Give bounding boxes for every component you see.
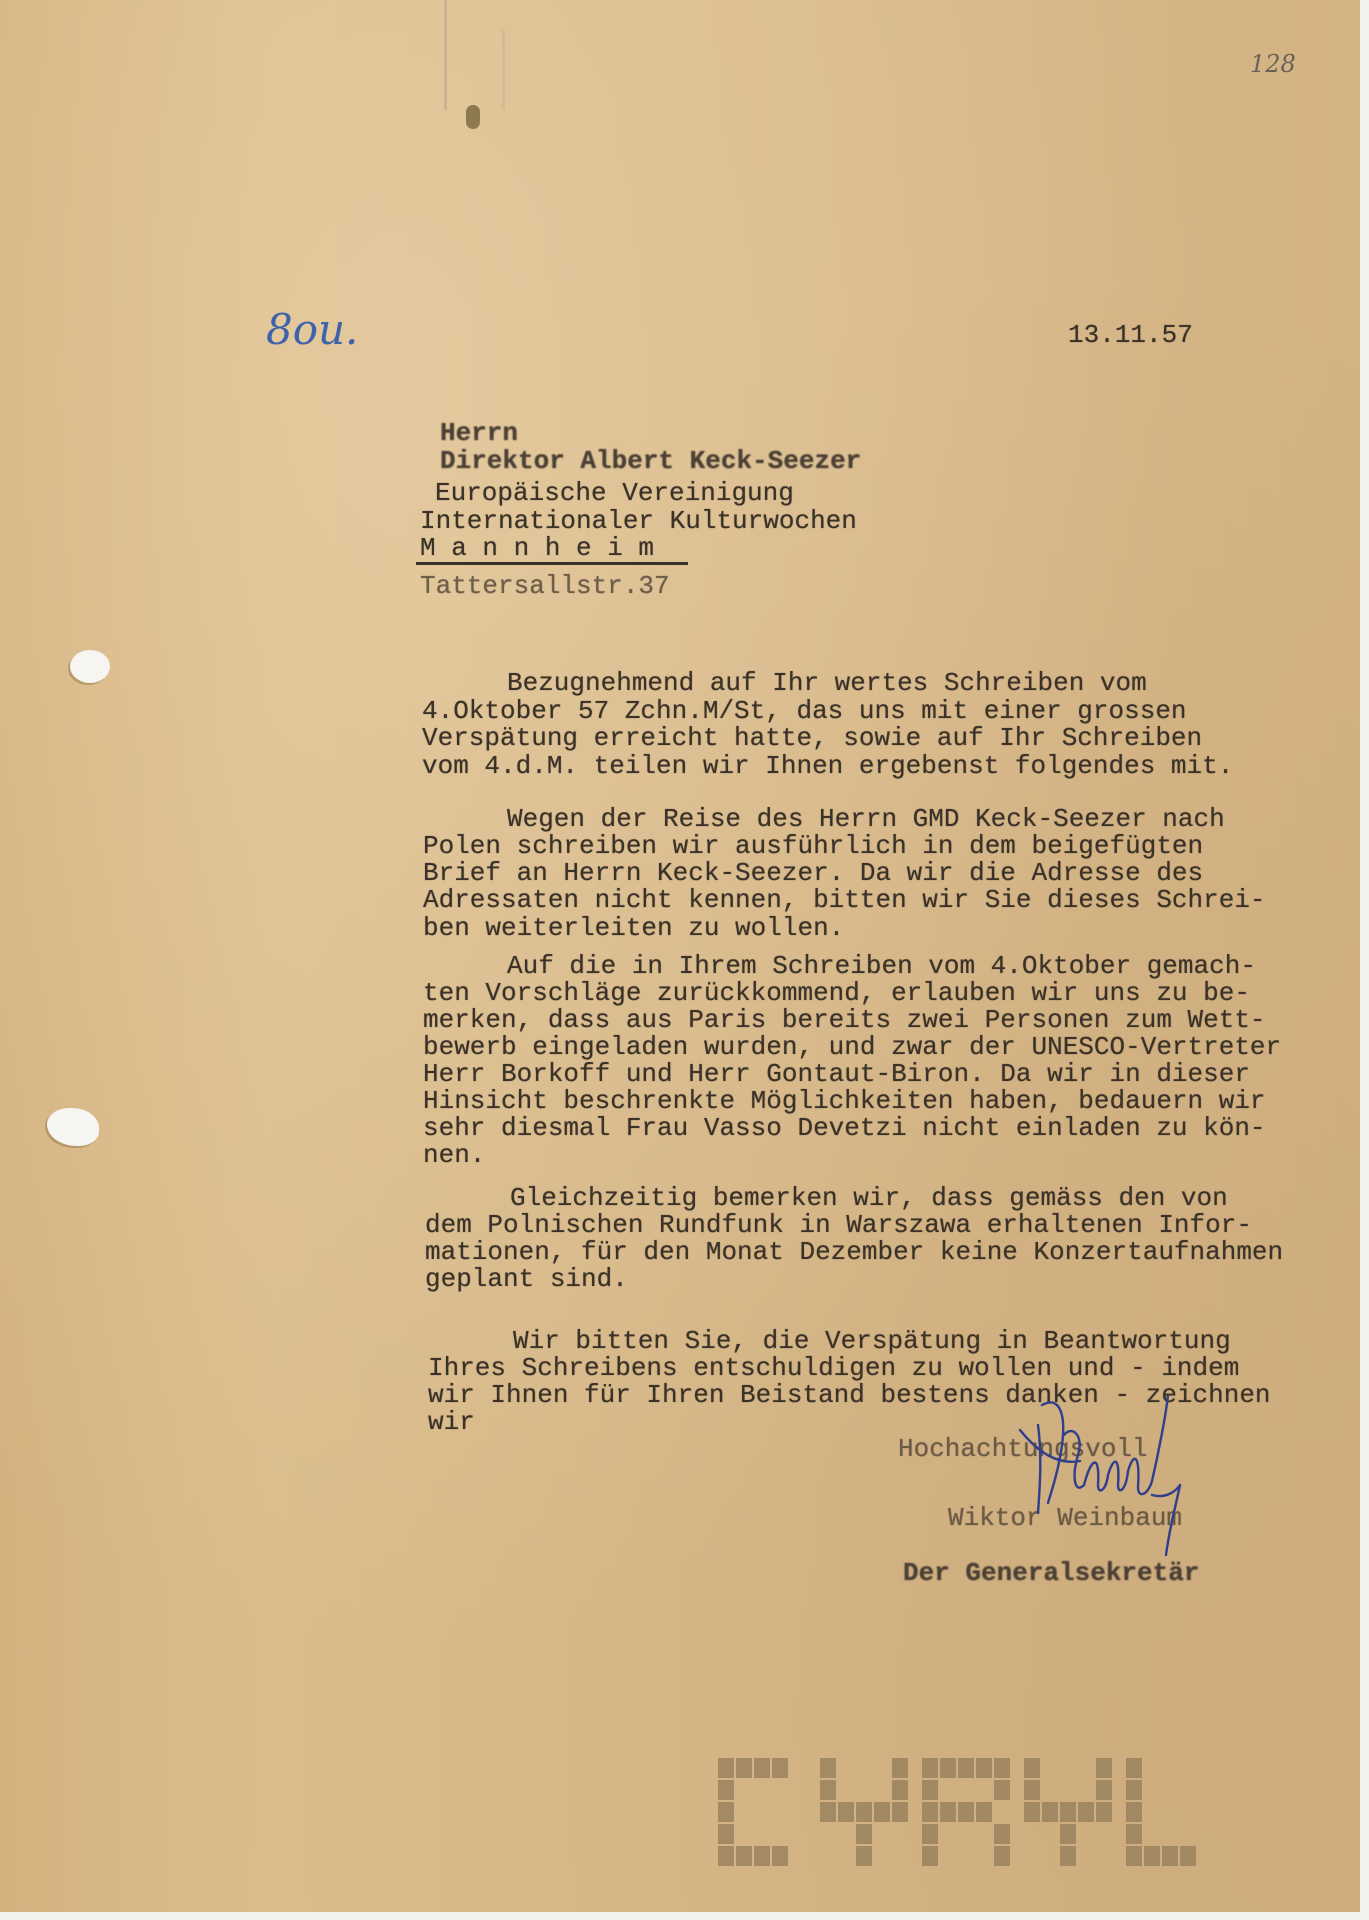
recipient-org-line1: Europäische Vereinigung	[435, 480, 794, 508]
punch-hole-icon	[70, 650, 110, 683]
ink-stain	[466, 105, 480, 129]
recipient-name: Direktor Albert Keck-Seezer	[440, 448, 861, 476]
body-line: Auf die in Ihrem Schreiben vom 4.Oktober…	[507, 953, 1256, 981]
watermark-letter-l	[1126, 1758, 1214, 1866]
recipient-salutation: Herrn	[440, 420, 518, 448]
handwritten-reference: 8ou.	[266, 305, 358, 354]
city-underline	[416, 562, 688, 565]
watermark-letter-y	[820, 1758, 908, 1866]
body-line: Hinsicht beschrenkte Möglichkeiten haben…	[423, 1088, 1266, 1116]
body-line: Brief an Herrn Keck-Seezer. Da wir die A…	[423, 860, 1203, 888]
body-line: merken, dass aus Paris bereits zwei Pers…	[423, 1007, 1266, 1035]
paper-crease	[502, 30, 505, 110]
body-line: Wir bitten Sie, die Verspätung in Beantw…	[513, 1328, 1231, 1356]
body-line: geplant sind.	[425, 1266, 628, 1294]
watermark-letter-y	[1024, 1758, 1112, 1866]
signature-icon	[980, 1395, 1200, 1560]
body-line: mationen, für den Monat Dezember keine K…	[425, 1239, 1283, 1267]
body-line: Polen schreiben wir ausführlich in dem b…	[423, 833, 1203, 861]
cyryl-watermark: CYRYL	[718, 1758, 1214, 1866]
body-line: Herr Borkoff und Herr Gontaut-Biron. Da …	[423, 1061, 1250, 1089]
body-line: dem Polnischen Rundfunk in Warszawa erha…	[425, 1212, 1252, 1240]
watermark-letter-r	[922, 1758, 1010, 1866]
body-line: Verspätung erreicht hatte, sowie auf Ihr…	[422, 725, 1202, 753]
recipient-org-line2: Internationaler Kulturwochen	[420, 508, 857, 536]
body-line: 4.Oktober 57 Zchn.M/St, das uns mit eine…	[422, 698, 1187, 726]
body-line: Adressaten nicht kennen, bitten wir Sie …	[423, 887, 1266, 915]
body-line: Bezugnehmend auf Ihr wertes Schreiben vo…	[507, 670, 1147, 698]
punch-hole-icon	[47, 1108, 99, 1146]
body-line: Gleichzeitig bemerken wir, dass gemäss d…	[510, 1185, 1228, 1213]
body-line: Ihres Schreibens entschuldigen zu wollen…	[428, 1355, 1239, 1383]
letter-date: 13.11.57	[1068, 322, 1193, 350]
body-line: bewerb eingeladen wurden, und zwar der U…	[423, 1034, 1281, 1062]
body-line: wir	[428, 1409, 475, 1437]
body-line: sehr diesmal Frau Vasso Devetzi nicht ei…	[423, 1115, 1266, 1143]
recipient-city: M a n n h e i m	[420, 535, 654, 563]
page-number: 128	[1250, 50, 1296, 78]
body-line: ben weiterleiten zu wollen.	[423, 915, 844, 943]
body-line: ten Vorschläge zurückkommend, erlauben w…	[423, 980, 1250, 1008]
body-line: nen.	[423, 1142, 485, 1170]
signer-title: Der Generalsekretär	[903, 1560, 1199, 1588]
recipient-street: Tattersallstr.37	[420, 573, 670, 601]
body-line: Wegen der Reise des Herrn GMD Keck-Seeze…	[507, 806, 1225, 834]
letter-page: 128 8ou. 13.11.57 Herrn Direktor Albert …	[0, 0, 1360, 1912]
watermark-letter-c	[718, 1758, 806, 1866]
paper-crease	[444, 0, 447, 110]
body-line: vom 4.d.M. teilen wir Ihnen ergebenst fo…	[422, 753, 1233, 781]
